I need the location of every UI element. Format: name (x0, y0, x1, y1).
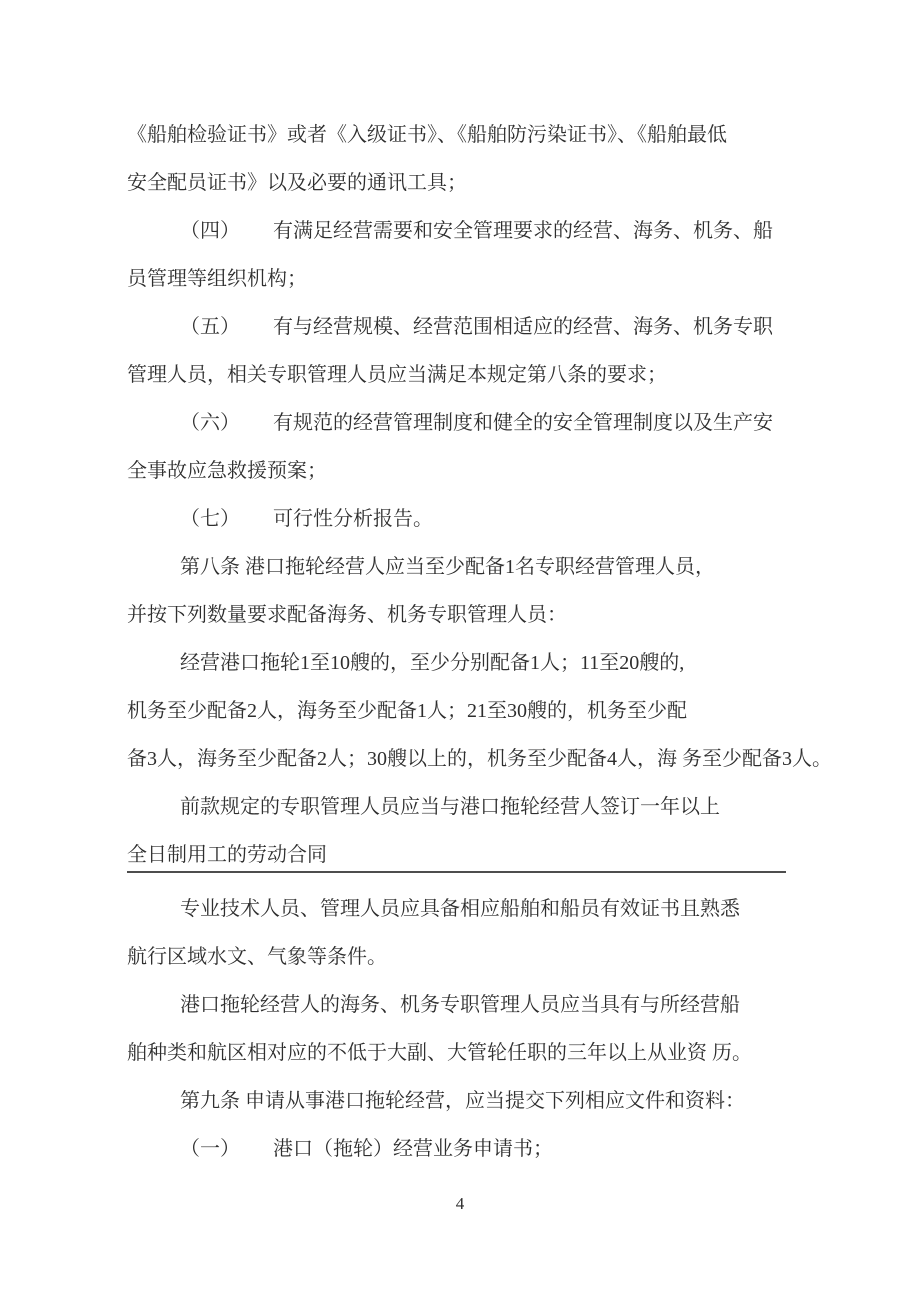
text-segment: 有与经营规模、经营范围相适应的经营、海务、机务专职 (273, 303, 773, 351)
text-segment: 《船舶检验证书》或者《入级证书》、《船舶防污染证书》、《船舶最低 (127, 111, 727, 159)
text-segment: 舶种类和航区相对应的不低于大副、大管轮任职的三年以上从业资 历。 (127, 1029, 752, 1077)
text-line: 机务至少配备2人，海务至少配备1人；21至30艘的，机务至少配 (127, 687, 827, 735)
text-segment: （五） (180, 303, 240, 351)
text-segment: （一） (180, 1125, 240, 1173)
text-line: （四）有满足经营需要和安全管理要求的经营、海务、机务、船 (127, 207, 827, 255)
text-line: 管理人员，相关专职管理人员应当满足本规定第八条的要求； (127, 351, 827, 399)
text-segment: 备3人，海务至少配备2人；30艘以上的，机务至少配备4人，海 务至少配备3人。 (127, 735, 832, 783)
text-segment: 全事故应急救援预案； (127, 447, 327, 495)
text-line: 舶种类和航区相对应的不低于大副、大管轮任职的三年以上从业资 历。 (127, 1029, 827, 1077)
text-segment: （六） (180, 399, 240, 447)
text-line: 全事故应急救援预案； (127, 447, 827, 495)
text-segment: 安全配员证书》以及必要的通讯工具； (127, 159, 467, 207)
text-segment: 专业技术人员、管理人员应具备相应船舶和船员有效证书且熟悉 (180, 885, 740, 933)
text-line: （六）有规范的经营管理制度和健全的安全管理制度以及生产安 (127, 399, 827, 447)
text-segment: 第八条 港口拖轮经营人应当至少配备1名专职经营管理人员， (180, 543, 715, 591)
text-line: （七）可行性分析报告。 (127, 495, 827, 543)
text-segment: 前款规定的专职管理人员应当与港口拖轮经营人签订一年以上 (180, 783, 720, 831)
text-segment: 有满足经营需要和安全管理要求的经营、海务、机务、船 (273, 207, 773, 255)
text-segment: 有规范的经营管理制度和健全的安全管理制度以及生产安 (273, 399, 773, 447)
text-line: 《船舶检验证书》或者《入级证书》、《船舶防污染证书》、《船舶最低 (127, 111, 827, 159)
text-line: 安全配员证书》以及必要的通讯工具； (127, 159, 827, 207)
text-segment: 机务至少配备2人，海务至少配备1人；21至30艘的，机务至少配 (127, 687, 687, 735)
text-segment: 并按下列数量要求配备海务、机务专职管理人员： (127, 591, 567, 639)
text-segment: 管理人员，相关专职管理人员应当满足本规定第八条的要求； (127, 351, 667, 399)
text-line: 备3人，海务至少配备2人；30艘以上的，机务至少配备4人，海 务至少配备3人。 (127, 735, 827, 783)
text-line: 港口拖轮经营人的海务、机务专职管理人员应当具有与所经营船 (127, 981, 827, 1029)
document-text-body: 《船舶检验证书》或者《入级证书》、《船舶防污染证书》、《船舶最低安全配员证书》以… (127, 111, 827, 1173)
text-line: 航行区域水文、气象等条件。 (127, 933, 827, 981)
text-segment: （七） (180, 495, 240, 543)
text-segment: 第九条 申请从事港口拖轮经营，应当提交下列相应文件和资料： (180, 1077, 745, 1125)
text-segment: 港口拖轮经营人的海务、机务专职管理人员应当具有与所经营船 (180, 981, 740, 1029)
text-line: 第九条 申请从事港口拖轮经营，应当提交下列相应文件和资料： (127, 1077, 827, 1125)
text-line: 第八条 港口拖轮经营人应当至少配备1名专职经营管理人员， (127, 543, 827, 591)
text-line: 专业技术人员、管理人员应具备相应船舶和船员有效证书且熟悉 (127, 885, 827, 933)
text-segment: 经营港口拖轮1至10艘的，至少分别配备1人；11至20艘的, (180, 639, 684, 687)
text-line: 前款规定的专职管理人员应当与港口拖轮经营人签订一年以上 (127, 783, 827, 831)
text-segment: 员管理等组织机构； (127, 255, 307, 303)
text-segment: 港口（拖轮）经营业务申请书； (273, 1125, 553, 1173)
page-number: 4 (0, 1192, 920, 1216)
text-line: 经营港口拖轮1至10艘的，至少分别配备1人；11至20艘的, (127, 639, 827, 687)
text-segment: 可行性分析报告。 (273, 495, 433, 543)
text-segment: 航行区域水文、气象等条件。 (127, 933, 387, 981)
text-line: 并按下列数量要求配备海务、机务专职管理人员： (127, 591, 827, 639)
text-line: 员管理等组织机构； (127, 255, 827, 303)
text-line: （一）港口（拖轮）经营业务申请书； (127, 1125, 827, 1173)
text-line: （五）有与经营规模、经营范围相适应的经营、海务、机务专职 (127, 303, 827, 351)
text-segment: （四） (180, 207, 240, 255)
text-segment: 全日制用工的劳动合同 (127, 831, 327, 879)
